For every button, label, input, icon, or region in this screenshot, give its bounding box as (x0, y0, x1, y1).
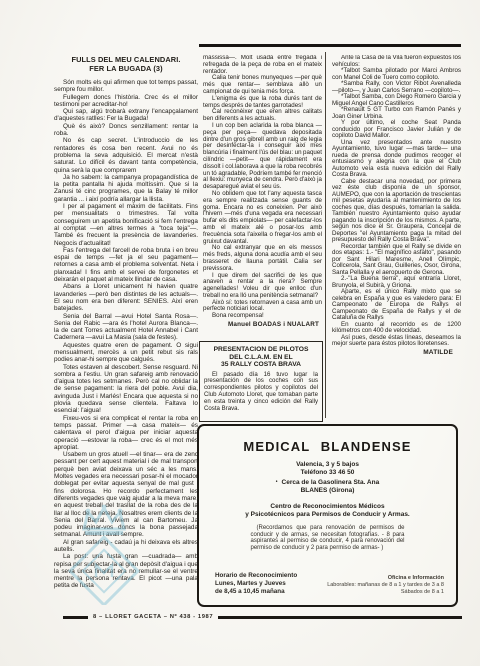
article-paragraph: Al gran safareig - cadaú ja hi deixava e… (54, 539, 198, 554)
ad-schedule-days: Lunes, Martes y Jueves (215, 580, 297, 588)
rally-title-line2: DEL C.L.A.M. EN EL (229, 354, 292, 361)
article-paragraph: Usabem un gros atuell —el tinar— era de … (54, 451, 198, 539)
article-left-column: FULLS DEL MEU CALENDARI. FER LA BUGADA (… (54, 56, 198, 612)
article-title: FULLS DEL MEU CALENDARI. FER LA BUGADA (… (54, 56, 198, 73)
article-paragraph: Són molts els qui afirmen que tot temps … (54, 79, 198, 94)
ad-schedule-hours: de 8,45 a 10,45 mañana (215, 588, 297, 596)
article-paragraph: En cuanto al recorrido es de 1200 kilóme… (332, 322, 461, 335)
article-paragraph: Una vez presentados ante nuestro Ayuntam… (332, 140, 461, 179)
top-rule-divider (199, 44, 461, 47)
ad-city-line: BLANES (Girona) (199, 487, 456, 495)
author-signature: Manuel BOADAS i NUALART (203, 322, 322, 329)
ad-schedule-block: Horario de Reconocimiento Lunes, Martes … (215, 572, 297, 596)
article-paragraph: Así pues, desde éstas líneas, deseamos l… (332, 335, 461, 348)
ad-photo-note: (Recordamos que para renovación de permi… (251, 525, 405, 552)
ad-title: MEDICAL BLANDENSE (199, 439, 456, 454)
article-paragraph: Cal reconèixer que eren altres calitats … (203, 109, 322, 123)
ad-landmark-text: Cerca de la Gasolinera Sta. Ana (282, 479, 380, 486)
bullet-icon: • (276, 478, 278, 486)
article-left-body: Són molts els qui afirmen que tot temps … (54, 79, 198, 590)
article-paragraph: Fixeu-vos si era complicat el rentar la … (54, 415, 198, 451)
article-paragraph: Què és això? Doncs senzillament: rentar … (54, 123, 198, 138)
article-middle-column: massissa—. Molt usada entre fregada i re… (203, 55, 322, 339)
article-paragraph: No cal extranyar que en els messos més f… (203, 245, 322, 272)
article-paragraph: Fas l'entrega del farcell de roba bruta … (54, 247, 198, 283)
ad-phone-line: Teléfono 33 46 50 (199, 469, 456, 477)
article-right-body: Ante la Casa de la Vila fueron expuestos… (332, 55, 461, 348)
article-paragraph: Aquestes quatre eren de pagament. O sigu… (54, 342, 198, 364)
article-paragraph: massissa—. Molt usada entre fregada i re… (203, 55, 322, 75)
rally-announcement-title: PRESENTACION DE PILOTOS DEL C.L.A.M. EN … (204, 346, 318, 369)
author-signature: MATILDE (332, 350, 461, 357)
article-paragraph: Recordar también que el Rally se divide … (332, 244, 461, 277)
article-title-line2: FER LA BUGADA (3) (89, 64, 162, 73)
medical-blandense-ad: MEDICAL BLANDENSE Valencia, 3 y 5 bajos … (197, 424, 458, 607)
newspaper-page: FULLS DEL MEU CALENDARI. FER LA BUGADA (… (0, 0, 480, 666)
article-paragraph: I un cop ben aclarida la roba blanca —pe… (203, 123, 322, 191)
article-paragraph: Bona recompensa! (203, 313, 322, 320)
ad-schedule-title: Horario de Reconocimiento (215, 572, 297, 580)
article-paragraph: Fullegem doncs l'història. Crec és el mi… (54, 94, 198, 109)
article-paragraph: Abans a Lloret unicament hi havien quatr… (54, 283, 198, 312)
ad-subtitle-line1: Centro de Reconocimientos Médicos (270, 503, 384, 510)
article-paragraph: I que direm del sacrifici de les que ana… (203, 273, 322, 300)
article-paragraph: Totes estaven al descobert. Sense resgua… (54, 364, 198, 415)
ad-subtitle: Centro de Reconocimientos Médicos y Psic… (199, 503, 456, 519)
ad-office-block: Oficina e Información Laborables: mañana… (327, 575, 444, 596)
article-paragraph: Qui sap, algú trobarà extrany l'encapçal… (54, 108, 198, 123)
ad-office-title: Oficina e Información (327, 575, 444, 582)
article-paragraph: Cabe destacar una novedad, por primera v… (332, 179, 461, 244)
rally-announcement-box: PRESENTACION DE PILOTOS DEL C.L.A.M. EN … (199, 341, 323, 422)
article-paragraph: Ja ho sabem: la campanya propagandística… (54, 174, 198, 203)
article-paragraph: L'enigma és que la roba durés tant de te… (203, 96, 322, 110)
rally-title-line3: 35 RALLY COSTA BRAVA (221, 361, 301, 368)
article-middle-body: massissa—. Molt usada entre fregada i re… (203, 55, 322, 320)
article-paragraph: No és cap secret. L'introduccio de les r… (54, 137, 198, 173)
article-paragraph: La post: una fusta gran —cuadrada— amb r… (54, 553, 198, 589)
article-paragraph: Calia tenir bones munyeques —per què més… (203, 75, 322, 95)
footer-page-info: 8 – LLORET GACETA – Nº 438 - 1987 (93, 614, 213, 620)
article-paragraph: Aparte, es el único Rally mixto que se c… (332, 289, 461, 322)
article-paragraph: Això sí: totes retornaven a casa amb un … (203, 300, 322, 314)
article-paragraph: I per al pagament el màxim de facilitats… (54, 203, 198, 247)
ad-address-line: Valencia, 3 y 5 bajos (199, 461, 456, 469)
ad-address-line: •Cerca de la Gasolinera Sta. Ana (199, 478, 456, 487)
ad-address-block: Valencia, 3 y 5 bajos Teléfono 33 46 50 … (199, 461, 456, 495)
footer-rule-right (218, 616, 462, 619)
ad-office-hours: Laborables: mañanas de 8 a 1 y tardes de… (327, 582, 444, 589)
rally-title-line1: PRESENTACION DE PILOTOS (214, 346, 309, 353)
footer-rule-left (63, 616, 88, 619)
rally-announcement-body: El pasado día 16 tuvo lugar la presentac… (204, 372, 318, 413)
page-footer: 8 – LLORET GACETA – Nº 438 - 1987 (63, 614, 462, 620)
article-right-column: Ante la Casa de la Vila fueron expuestos… (332, 55, 461, 417)
column-divider (325, 52, 326, 418)
ad-bottom-row: Horario de Reconocimiento Lunes, Martes … (215, 572, 444, 596)
ad-subtitle-line2: y Psicotécnicos para Permisos de Conduci… (245, 511, 410, 518)
article-paragraph: No oblidem que tot l'any aquesta tasca e… (203, 191, 322, 245)
article-paragraph: Senia del Barral —avui Hotel Santa Rosa—… (54, 313, 198, 342)
article-paragraph: Y por último, el coche Seat Panda conduc… (332, 120, 461, 140)
ad-office-saturday: Sábados de 8 a 1 (327, 589, 444, 596)
